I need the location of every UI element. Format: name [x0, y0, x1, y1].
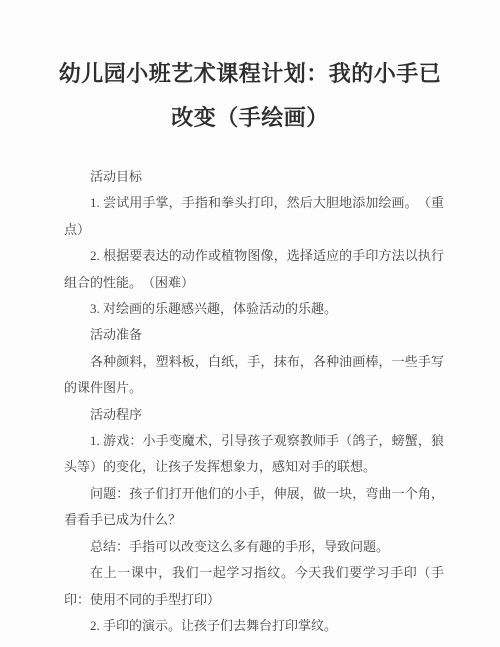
document-title-line1: 幼儿园小班艺术课程计划：我的小手已: [42, 52, 458, 96]
paragraph: 3. 对绘画的乐趣感兴趣，体验活动的乐趣。: [64, 296, 444, 322]
paragraph: 2. 手印的演示。让孩子们去舞台打印掌纹。: [64, 613, 444, 639]
paragraph: 总结：手指可以改变这么多有趣的手形，导致问题。: [64, 534, 444, 560]
document-page: 幼儿园小班艺术课程计划：我的小手已 改变（手绘画） 活动目标1. 尝试用手掌，手…: [0, 0, 500, 647]
document-title-line2: 改变（手绘画）: [42, 96, 458, 140]
paragraph: 活动准备: [64, 322, 444, 348]
paragraph: 各种颜料，塑料板，白纸，手，抹布，各种油画棒，一些手写的课件图片。: [64, 349, 444, 402]
paragraph: 1. 游戏：小手变魔术，引导孩子观察教师手（鸽子，螃蟹，狼头等）的变化，让孩子发…: [64, 428, 444, 481]
document-title: 幼儿园小班艺术课程计划：我的小手已 改变（手绘画）: [42, 52, 458, 140]
paragraph: 在上一课中，我们一起学习指纹。今天我们要学习手印（手印：使用不同的手型打印）: [64, 560, 444, 613]
paragraph: 2. 根据要表达的动作或植物图像，选择适应的手印方法以执行组合的性能。 （困难）: [64, 243, 444, 296]
paragraph: 活动目标: [64, 164, 444, 190]
paragraph: 问题：孩子们打开他们的小手，伸展，做一块，弯曲一个角，看看手已成为什么？: [64, 481, 444, 534]
document-body: 活动目标1. 尝试用手掌，手指和拳头打印，然后大胆地添加绘画。 （重点）2. 根…: [64, 164, 444, 639]
paragraph: 活动程序: [64, 402, 444, 428]
paragraph: 1. 尝试用手掌，手指和拳头打印，然后大胆地添加绘画。 （重点）: [64, 190, 444, 243]
